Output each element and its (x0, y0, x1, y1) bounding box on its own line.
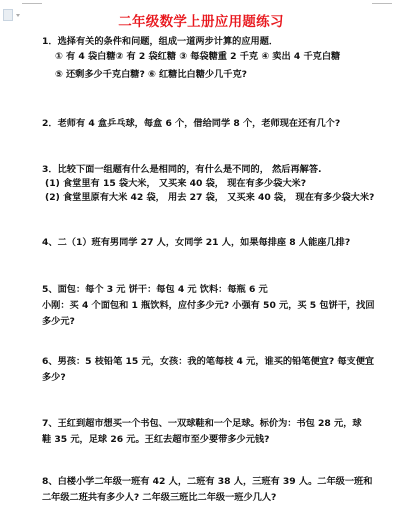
question-3-part-2: (2) 食堂里原有大米 42 袋， 用去 27 袋， 又买来 40 袋， 现在有… (42, 191, 382, 205)
question-1-prompt: 1．选择有关的条件和问题，组成一道两步计算的应用题． (42, 35, 382, 49)
question-4: 4、二（1）班有男同学 27 人，女同学 21 人，如果每排座 8 人能座几排? (42, 236, 382, 250)
question-8: 8、白楼小学二年级一班有 42 人，二班有 38 人，三班有 39 人。二年级一… (42, 475, 382, 505)
question-3-part-1: (1) 食堂里有 15 袋大米， 又买来 40 袋， 现在有多少袋大米? (42, 177, 382, 191)
question-2: 2．老师有 4 盒乒乓球，每盒 6 个，借给同学 8 个，老师现在还有几个? (42, 117, 382, 131)
question-5: 5、面包：每个 3 元 饼干：每包 4 元 饮料：每瓶 6 元 小刚：买 4 个… (42, 283, 382, 329)
question-1-options-a: ① 有 4 袋白糖② 有 2 袋红糖 ③ 每袋糖重 2 千克 ④ 卖出 4 千克… (42, 50, 382, 64)
question-6-text-a: 6、男孩：5 枝铅笔 15 元，女孩：我的笔每枝 4 元，谁买的铅笔便宜? 每支… (42, 355, 382, 369)
question-6: 6、男孩：5 枝铅笔 15 元，女孩：我的笔每枝 4 元，谁买的铅笔便宜? 每支… (42, 355, 382, 385)
question-8-text-a: 8、白楼小学二年级一班有 42 人，二班有 38 人，三班有 39 人。二年级一… (42, 475, 382, 489)
question-7: 7、王红到超市想买一个书包、一双球鞋和一个足球。标价为：书包 28 元，球 鞋 … (42, 417, 382, 447)
page-title: 二年级数学上册应用题练习 (0, 10, 402, 30)
question-3: 3．比较下面一组题有什么是相同的，有什么是不同的， 然后再解答. (1) 食堂里… (42, 163, 382, 205)
question-5-text-a: 小刚：买 4 个面包和 1 瓶饮料，应付多少元? 小强有 50 元，买 5 包饼… (42, 299, 382, 313)
question-5-text-b: 多少元? (42, 315, 382, 329)
question-5-prices: 5、面包：每个 3 元 饼干：每包 4 元 饮料：每瓶 6 元 (42, 283, 382, 297)
question-7-text-a: 7、王红到超市想买一个书包、一双球鞋和一个足球。标价为：书包 28 元，球 (42, 417, 382, 431)
question-6-text-b: 多少? (42, 371, 382, 385)
question-8-text-b: 二年级二班共有多少人? 二年级三班比二年级一班少几人? (42, 491, 382, 505)
question-7-text-b: 鞋 35 元，足球 26 元。王红去超市至少要带多少元钱? (42, 433, 382, 447)
crop-mark-top-left (22, 3, 42, 4)
question-2-text: 2．老师有 4 盒乒乓球，每盒 6 个，借给同学 8 个，老师现在还有几个? (42, 117, 382, 131)
crop-mark-top-right (372, 3, 392, 4)
question-3-prompt: 3．比较下面一组题有什么是相同的，有什么是不同的， 然后再解答. (42, 163, 382, 177)
question-1-options-b: ⑤ 还剩多少千克白糖? ⑥ 红糖比白糖少几千克? (42, 68, 382, 82)
question-4-text: 4、二（1）班有男同学 27 人，女同学 21 人，如果每排座 8 人能座几排? (42, 236, 382, 250)
question-1: 1．选择有关的条件和问题，组成一道两步计算的应用题． ① 有 4 袋白糖② 有 … (42, 35, 382, 82)
